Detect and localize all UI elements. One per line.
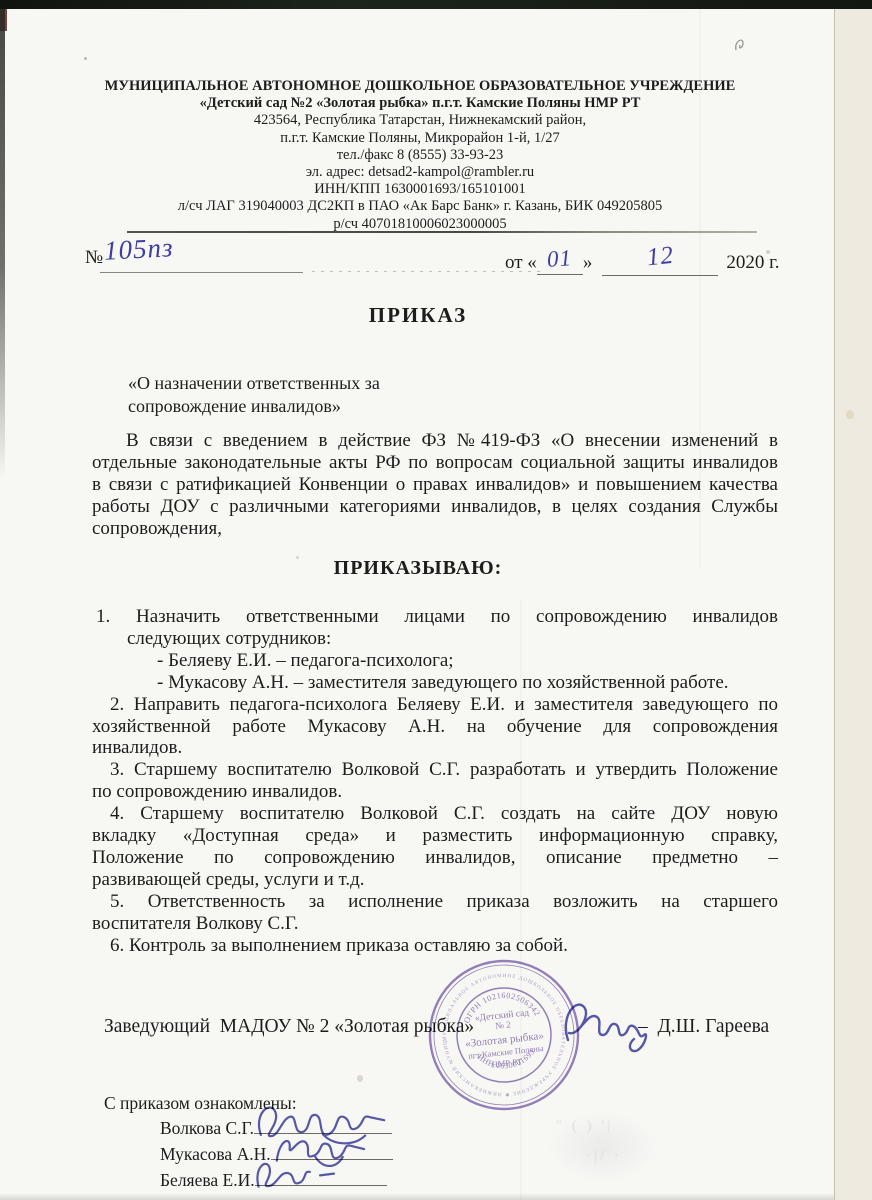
order-item-line: инвалидов. [92,737,778,759]
org-address-line1: 423564, Республика Татарстан, Нижнекамск… [30,112,810,129]
date-day-handwritten: 01 [546,245,573,273]
org-name-line2: «Детский сад №2 «Золотая рыбка» п.г.т. К… [30,95,810,112]
order-number-line [100,272,303,273]
order-item-line: 5. Ответственность за исполнение приказа… [92,891,778,913]
director-signature [556,994,656,1058]
intro-line: в связи с ратификацией Конвенции о права… [92,474,778,496]
org-phone: тел./факс 8 (8555) 33-93-23 [30,147,810,164]
scan-left-edge [0,9,5,479]
order-item-line: 1. Назначить ответственными лицами по со… [96,606,778,628]
order-item-line: Положение по сопровождению инвалидов, оп… [92,847,778,869]
order-item-line: 2. Направить педагога-психолога Беляеву … [92,694,778,716]
scan-smudge [548,1112,658,1182]
scan-ink-curl [733,36,747,54]
subject-line1: «О назначении ответственных за [128,372,380,395]
order-item-line: вкладку «Доступная среда» и разместить и… [92,825,778,847]
intro-line: сопровождения, [92,518,778,540]
scan-speck [296,556,299,559]
scan-speck [766,250,770,254]
letterhead: МУНИЦИПАЛЬНОЕ АВТОНОМНОЕ ДОШКОЛЬНОЕ ОБРА… [30,78,810,233]
order-item-line: следующих сотрудников: [127,628,778,650]
order-item-line: хозяйственной работе Мукасову А.Н. на об… [92,716,778,738]
scan-speck [357,1075,363,1082]
scan-right-margin [834,9,872,1200]
order-item-line: воспитателя Волкову С.Г. [92,913,778,935]
scan-speck [84,57,87,60]
order-item-line: - Мукасову А.Н. – заместителя заведующег… [157,672,778,694]
belyaeva-signature [248,1152,368,1198]
subject-line2: сопровождение инвалидов» [128,395,380,418]
intro-line: отдельные законодательные акты РФ по воп… [92,452,778,474]
date-month-slot: 12 [602,247,718,276]
resolve-word: ПРИКАЗЫВАЮ: [0,557,836,580]
order-items: 1. Назначить ответственными лицами по со… [92,606,778,957]
date-day-slot: 01 [537,248,583,275]
scan-bottom-edge [0,1193,834,1200]
order-item-line: - Беляеву Е.И. – педагога-психолога; [157,650,778,672]
order-item-line: 4. Старшему воспитателю Волковой С.Г. со… [92,803,778,825]
intro-line: В связи с введением в действие ФЗ №419-Ф… [92,430,778,452]
org-name-line1: МУНИЦИПАЛЬНОЕ АВТОНОМНОЕ ДОШКОЛЬНОЕ ОБРА… [30,78,810,95]
order-item-line: 3. Старшему воспитателю Волковой С.Г. ра… [92,759,778,781]
order-item-line: 6. Контроль за выполнением приказа остав… [92,935,778,957]
scan-speck [846,410,854,419]
document-title: ПРИКАЗ [0,303,836,328]
order-number-label: № [85,247,103,269]
order-item-line: развивающей среды, услуги и т.д. [92,869,778,891]
scan-speck [90,252,93,255]
order-item-line: по сопровождению инвалидов. [92,781,778,803]
intro-paragraph: В связи с введением в действие ФЗ №419-Ф… [92,430,778,540]
org-address-line2: п.г.т. Камские Поляны, Микрорайон 1-й, 1… [30,130,810,147]
date-prefix: от « [505,252,537,274]
ack-name: Беляева Е.И. [160,1170,255,1190]
org-inn-kpp: ИНН/КПП 1630001693/165101001 [30,181,810,198]
date-year: 2020 г. [726,252,779,274]
scanned-order-document: { "doc": { "header": { "org_line1": "МУН… [0,0,872,1200]
date-month-handwritten: 12 [645,242,675,273]
ack-name: Волкова С.Г. [160,1118,254,1138]
letterhead-rule [127,231,757,233]
stamp-center-line5: НМР РТ [491,1056,523,1069]
stamp-center-line2: № 2 [495,1019,511,1031]
org-account-line: л/сч ЛАГ 319040003 ДС2КП в ПАО «Ак Барс … [30,198,810,215]
org-email: эл. адрес: detsad2-kampol@rambler.ru [30,164,810,181]
order-subject: «О назначении ответственных за сопровожд… [128,372,380,417]
signatory-name: – Д.Ш. Гареева [638,1016,769,1038]
order-date: от « 01 » 12 2020 г. [505,247,779,276]
director-name: Д.Ш. Гареева [658,1016,770,1037]
scan-top-edge [0,0,872,9]
date-quote-close: » [583,252,593,274]
order-number-handwritten: 105пз [103,232,174,267]
intro-line: работы ДОУ с различными категориями инва… [92,496,778,518]
signatory-title: Заведующий МАДОУ № 2 «Золотая рыбка» [104,1016,474,1038]
